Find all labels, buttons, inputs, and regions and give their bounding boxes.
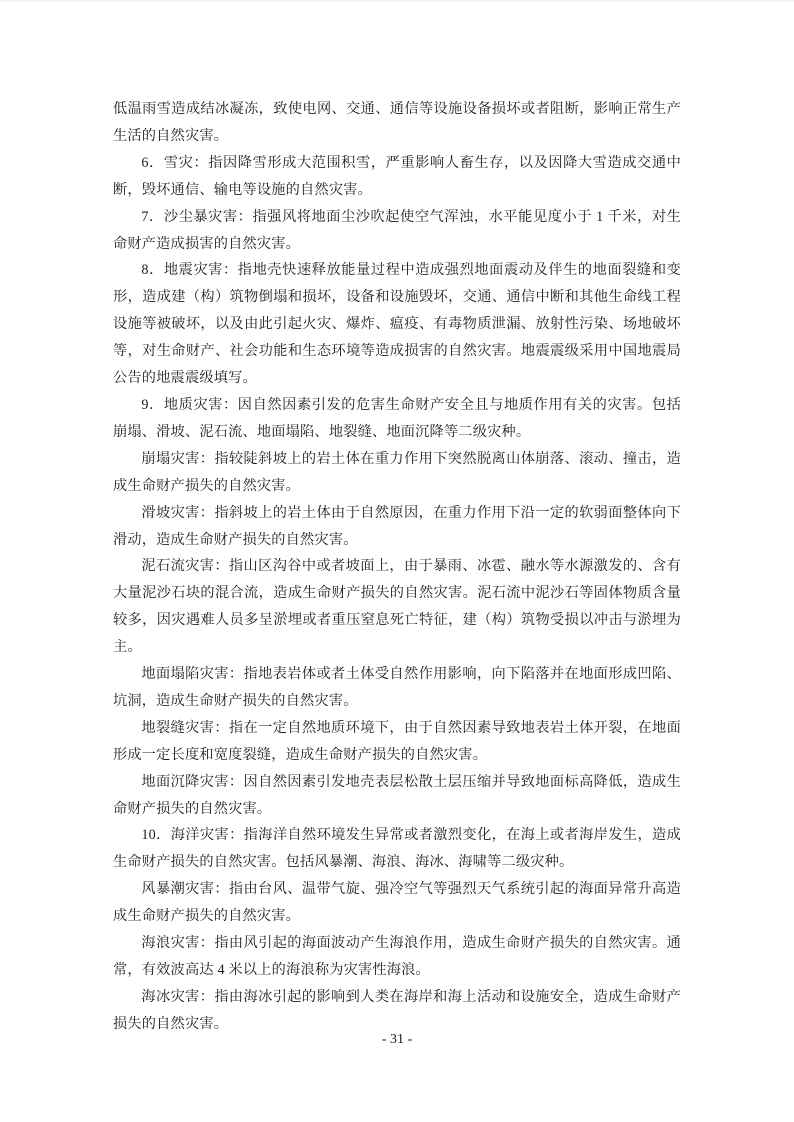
paragraph-continuation-freeze-disaster: 低温雨雪造成结冰凝冻，致使电网、交通、通信等设施设备损坏或者阻断，影响正常生产生…	[113, 96, 681, 150]
page-number: - 31 -	[0, 1031, 794, 1049]
paragraph-item-7-sandstorm-disaster: 7．沙尘暴灾害：指强风将地面尘沙吹起使空气浑浊，水平能见度小于 1 千米，对生命…	[113, 204, 681, 258]
paragraph-sub-ground-fissure-disaster: 地裂缝灾害：指在一定自然地质环境下，由于自然因素导致地表岩土体开裂，在地面形成一…	[113, 715, 681, 769]
paragraph-item-8-earthquake-disaster: 8．地震灾害：指地壳快速释放能量过程中造成强烈地面震动及伴生的地面裂缝和变形，造…	[113, 257, 681, 392]
paragraph-item-10-marine-disaster: 10．海洋灾害：指海洋自然环境发生异常或者激烈变化，在海上或者海岸发生，造成生命…	[113, 822, 681, 876]
paragraph-sub-sea-wave-disaster: 海浪灾害：指由风引起的海面波动产生海浪作用，造成生命财产损失的自然灾害。通常，有…	[113, 930, 681, 984]
document-body: 低温雨雪造成结冰凝冻，致使电网、交通、通信等设施设备损坏或者阻断，影响正常生产生…	[113, 96, 681, 1038]
paragraph-sub-collapse-disaster: 崩塌灾害：指较陡斜坡上的岩土体在重力作用下突然脱离山体崩落、滚动、撞击，造成生命…	[113, 446, 681, 500]
paragraph-sub-debris-flow-disaster: 泥石流灾害：指山区沟谷中或者坡面上，由于暴雨、冰雹、融水等水源激发的、含有大量泥…	[113, 553, 681, 661]
paragraph-sub-landslide-disaster: 滑坡灾害：指斜坡上的岩土体由于自然原因，在重力作用下沿一定的软弱面整体向下滑动，…	[113, 500, 681, 554]
paragraph-item-9-geological-disaster: 9．地质灾害：因自然因素引发的危害生命财产安全且与地质作用有关的灾害。包括崩塌、…	[113, 392, 681, 446]
paragraph-item-6-snow-disaster: 6．雪灾：指因降雪形成大范围积雪，严重影响人畜生存，以及因降大雪造成交通中断，毁…	[113, 150, 681, 204]
document-page: 低温雨雪造成结冰凝冻，致使电网、交通、通信等设施设备损坏或者阻断，影响正常生产生…	[0, 0, 794, 1122]
paragraph-sub-storm-surge-disaster: 风暴潮灾害：指由台风、温带气旋、强冷空气等强烈天气系统引起的海面异常升高造成生命…	[113, 876, 681, 930]
page-top-edge	[0, 0, 794, 2]
paragraph-sub-sea-ice-disaster: 海冰灾害：指由海冰引起的影响到人类在海岸和海上活动和设施安全，造成生命财产损失的…	[113, 984, 681, 1038]
paragraph-sub-ground-collapse-disaster: 地面塌陷灾害：指地表岩体或者土体受自然作用影响，向下陷落并在地面形成凹陷、坑洞，…	[113, 661, 681, 715]
paragraph-sub-land-subsidence-disaster: 地面沉降灾害：因自然因素引发地壳表层松散土层压缩并导致地面标高降低，造成生命财产…	[113, 769, 681, 823]
